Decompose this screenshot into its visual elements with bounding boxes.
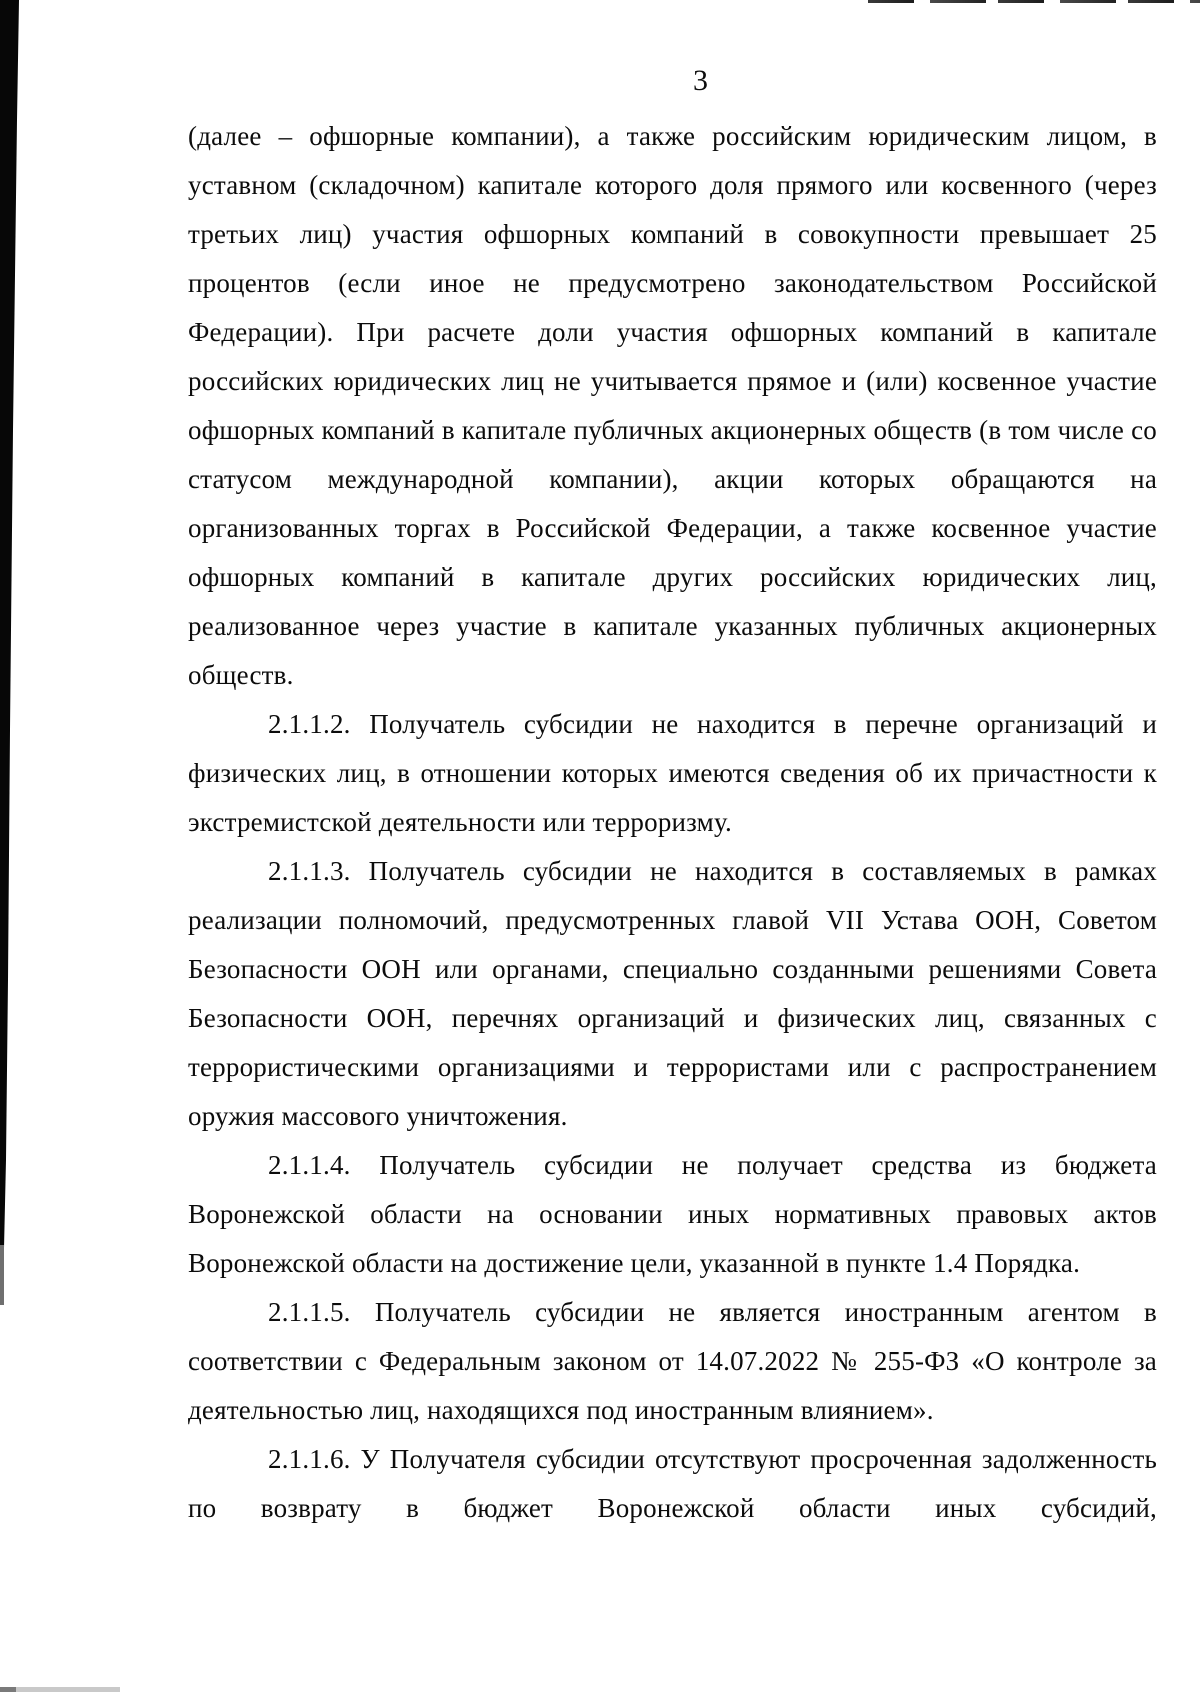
paragraph-2-1-1-5: 2.1.1.5. Получатель субсидии не является… bbox=[188, 1288, 1157, 1435]
scanned-document-page: 3 (далее – офшорные компании), а также р… bbox=[0, 0, 1200, 1692]
paragraph-2-1-1-3: 2.1.1.3. Получатель субсидии не находитс… bbox=[188, 847, 1157, 1141]
document-body: (далее – офшорные компании), а также рос… bbox=[188, 112, 1157, 1533]
paragraph-continuation: (далее – офшорные компании), а также рос… bbox=[188, 112, 1157, 700]
scan-artifact-top-edge bbox=[868, 0, 1200, 3]
page-number: 3 bbox=[188, 62, 1185, 100]
paragraph-2-1-1-2: 2.1.1.2. Получатель субсидии не находитс… bbox=[188, 700, 1157, 847]
paragraph-2-1-1-4: 2.1.1.4. Получатель субсидии не получает… bbox=[188, 1141, 1157, 1288]
scan-artifact-left-edge bbox=[0, 0, 22, 1248]
scan-artifact-left-edge-tail bbox=[0, 1245, 4, 1305]
scan-artifact-bottom-left bbox=[0, 1687, 120, 1692]
paragraph-2-1-1-6: 2.1.1.6. У Получателя субсидии отсутству… bbox=[188, 1435, 1157, 1533]
